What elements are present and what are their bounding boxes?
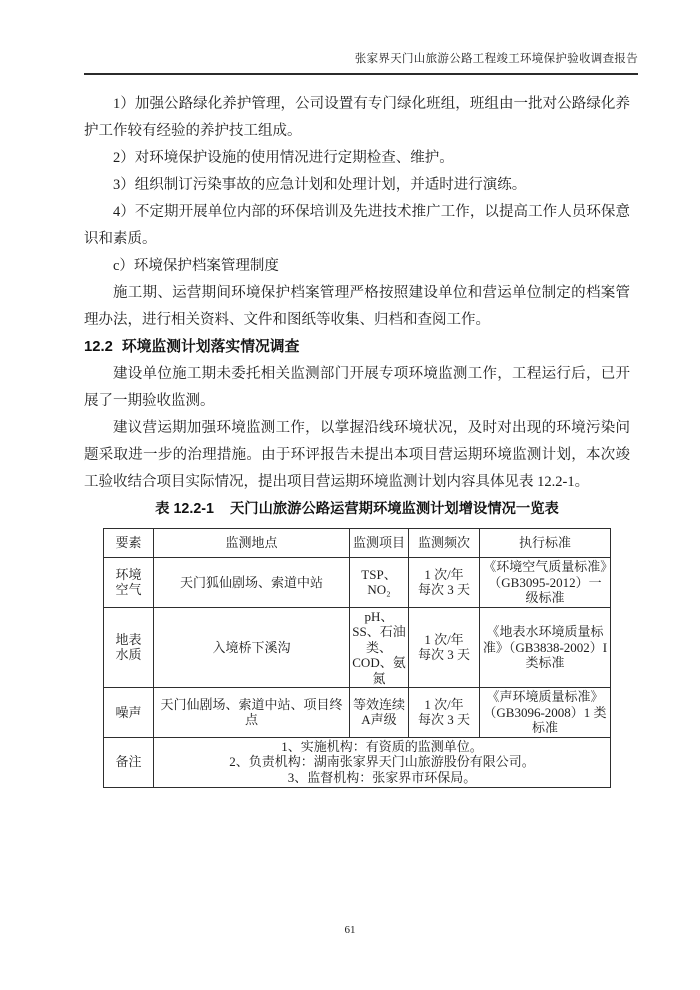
list-item-c: c）环境保护档案管理制度: [84, 253, 630, 280]
column-header-element: 要素: [104, 529, 154, 558]
page-header: 张家界天门山旅游公路工程竣工环境保护验收调查报告: [84, 50, 638, 75]
section-heading-12-2: 12.2环境监测计划落实情况调查: [84, 334, 630, 361]
cell-frequency: 1 次/年 每次 3 天: [409, 558, 480, 608]
cell-items: 等效连续A声级: [350, 688, 409, 738]
column-header-items: 监测项目: [350, 529, 409, 558]
section-number: 12.2: [84, 339, 113, 355]
cell-location: 入境桥下溪沟: [154, 607, 350, 688]
cell-standard: 《地表水环境质量标准》（GB3838-2002）I 类标准: [480, 607, 611, 688]
list-item-1: 1）加强公路绿化养护管理，公司设置有专门绿化班组，班组由一批对公路绿化养护工作较…: [84, 91, 630, 145]
note-line: 3、监督机构：张家界市环保局。: [156, 770, 608, 786]
table-row: 地表 水质 入境桥下溪沟 pH、SS、石油类、COD、氨氮 1 次/年 每次 3…: [104, 607, 611, 688]
note-line: 2、负责机构：湖南张家界天门山旅游股份有限公司。: [156, 754, 608, 770]
list-item-4: 4）不定期开展单位内部的环保培训及先进技术推广工作，以提高工作人员环保意识和素质…: [84, 199, 630, 253]
notes-label-cell: 备注: [104, 737, 154, 787]
cell-element: 地表 水质: [104, 607, 154, 688]
document-page: 张家界天门山旅游公路工程竣工环境保护验收调查报告 1）加强公路绿化养护管理，公司…: [0, 0, 700, 990]
cell-location: 天门狐仙剧场、索道中站: [154, 558, 350, 608]
note-line: 1、实施机构：有资质的监测单位。: [156, 739, 608, 755]
notes-cell: 1、实施机构：有资质的监测单位。 2、负责机构：湖南张家界天门山旅游股份有限公司…: [154, 737, 611, 787]
column-header-frequency: 监测频次: [409, 529, 480, 558]
table-row: 噪声 天门仙剧场、索道中站、项目终点 等效连续A声级 1 次/年 每次 3 天 …: [104, 688, 611, 738]
table-row: 环境 空气 天门狐仙剧场、索道中站 TSP、NO₂ 1 次/年 每次 3 天 《…: [104, 558, 611, 608]
table-caption: 表 12.2-1天门山旅游公路运营期环境监测计划增设情况一览表: [84, 496, 630, 522]
column-header-standard: 执行标准: [480, 529, 611, 558]
cell-element: 噪声: [104, 688, 154, 738]
section-paragraph-2: 建议营运期加强环境监测工作，以掌握沿线环境状况，及时对出现的环境污染问题采取进一…: [84, 415, 630, 496]
table-notes-row: 备注 1、实施机构：有资质的监测单位。 2、负责机构：湖南张家界天门山旅游股份有…: [104, 737, 611, 787]
cell-frequency: 1 次/年 每次 3 天: [409, 688, 480, 738]
section-paragraph-1: 建设单位施工期未委托相关监测部门开展专项环境监测工作，工程运行后，已开展了一期验…: [84, 361, 630, 415]
archive-paragraph: 施工期、运营期间环境保护档案管理严格按照建设单位和营运单位制定的档案管理办法，进…: [84, 280, 630, 334]
table-caption-label: 表 12.2-1: [155, 501, 214, 517]
table-header-row: 要素 监测地点 监测项目 监测频次 执行标准: [104, 529, 611, 558]
cell-items: TSP、NO₂: [350, 558, 409, 608]
running-title: 张家界天门山旅游公路工程竣工环境保护验收调查报告: [355, 53, 638, 65]
monitoring-plan-table: 要素 监测地点 监测项目 监测频次 执行标准 环境 空气 天门狐仙剧场、索道中站…: [103, 528, 611, 788]
cell-items: pH、SS、石油类、COD、氨氮: [350, 607, 409, 688]
cell-element: 环境 空气: [104, 558, 154, 608]
page-body: 1）加强公路绿化养护管理，公司设置有专门绿化班组，班组由一批对公路绿化养护工作较…: [84, 91, 630, 788]
cell-standard: 《环境空气质量标准》（GB3095-2012）一级标准: [480, 558, 611, 608]
table-caption-title: 天门山旅游公路运营期环境监测计划增设情况一览表: [230, 501, 559, 517]
section-title: 环境监测计划落实情况调查: [122, 339, 300, 355]
list-item-3: 3）组织制订污染事故的应急计划和处理计划，并适时进行演练。: [84, 172, 630, 199]
cell-location: 天门仙剧场、索道中站、项目终点: [154, 688, 350, 738]
cell-standard: 《声环境质量标准》（GB3096-2008）1 类标准: [480, 688, 611, 738]
cell-frequency: 1 次/年 每次 3 天: [409, 607, 480, 688]
list-item-2: 2）对环境保护设施的使用情况进行定期检查、维护。: [84, 145, 630, 172]
page-number: 61: [0, 924, 700, 936]
column-header-location: 监测地点: [154, 529, 350, 558]
